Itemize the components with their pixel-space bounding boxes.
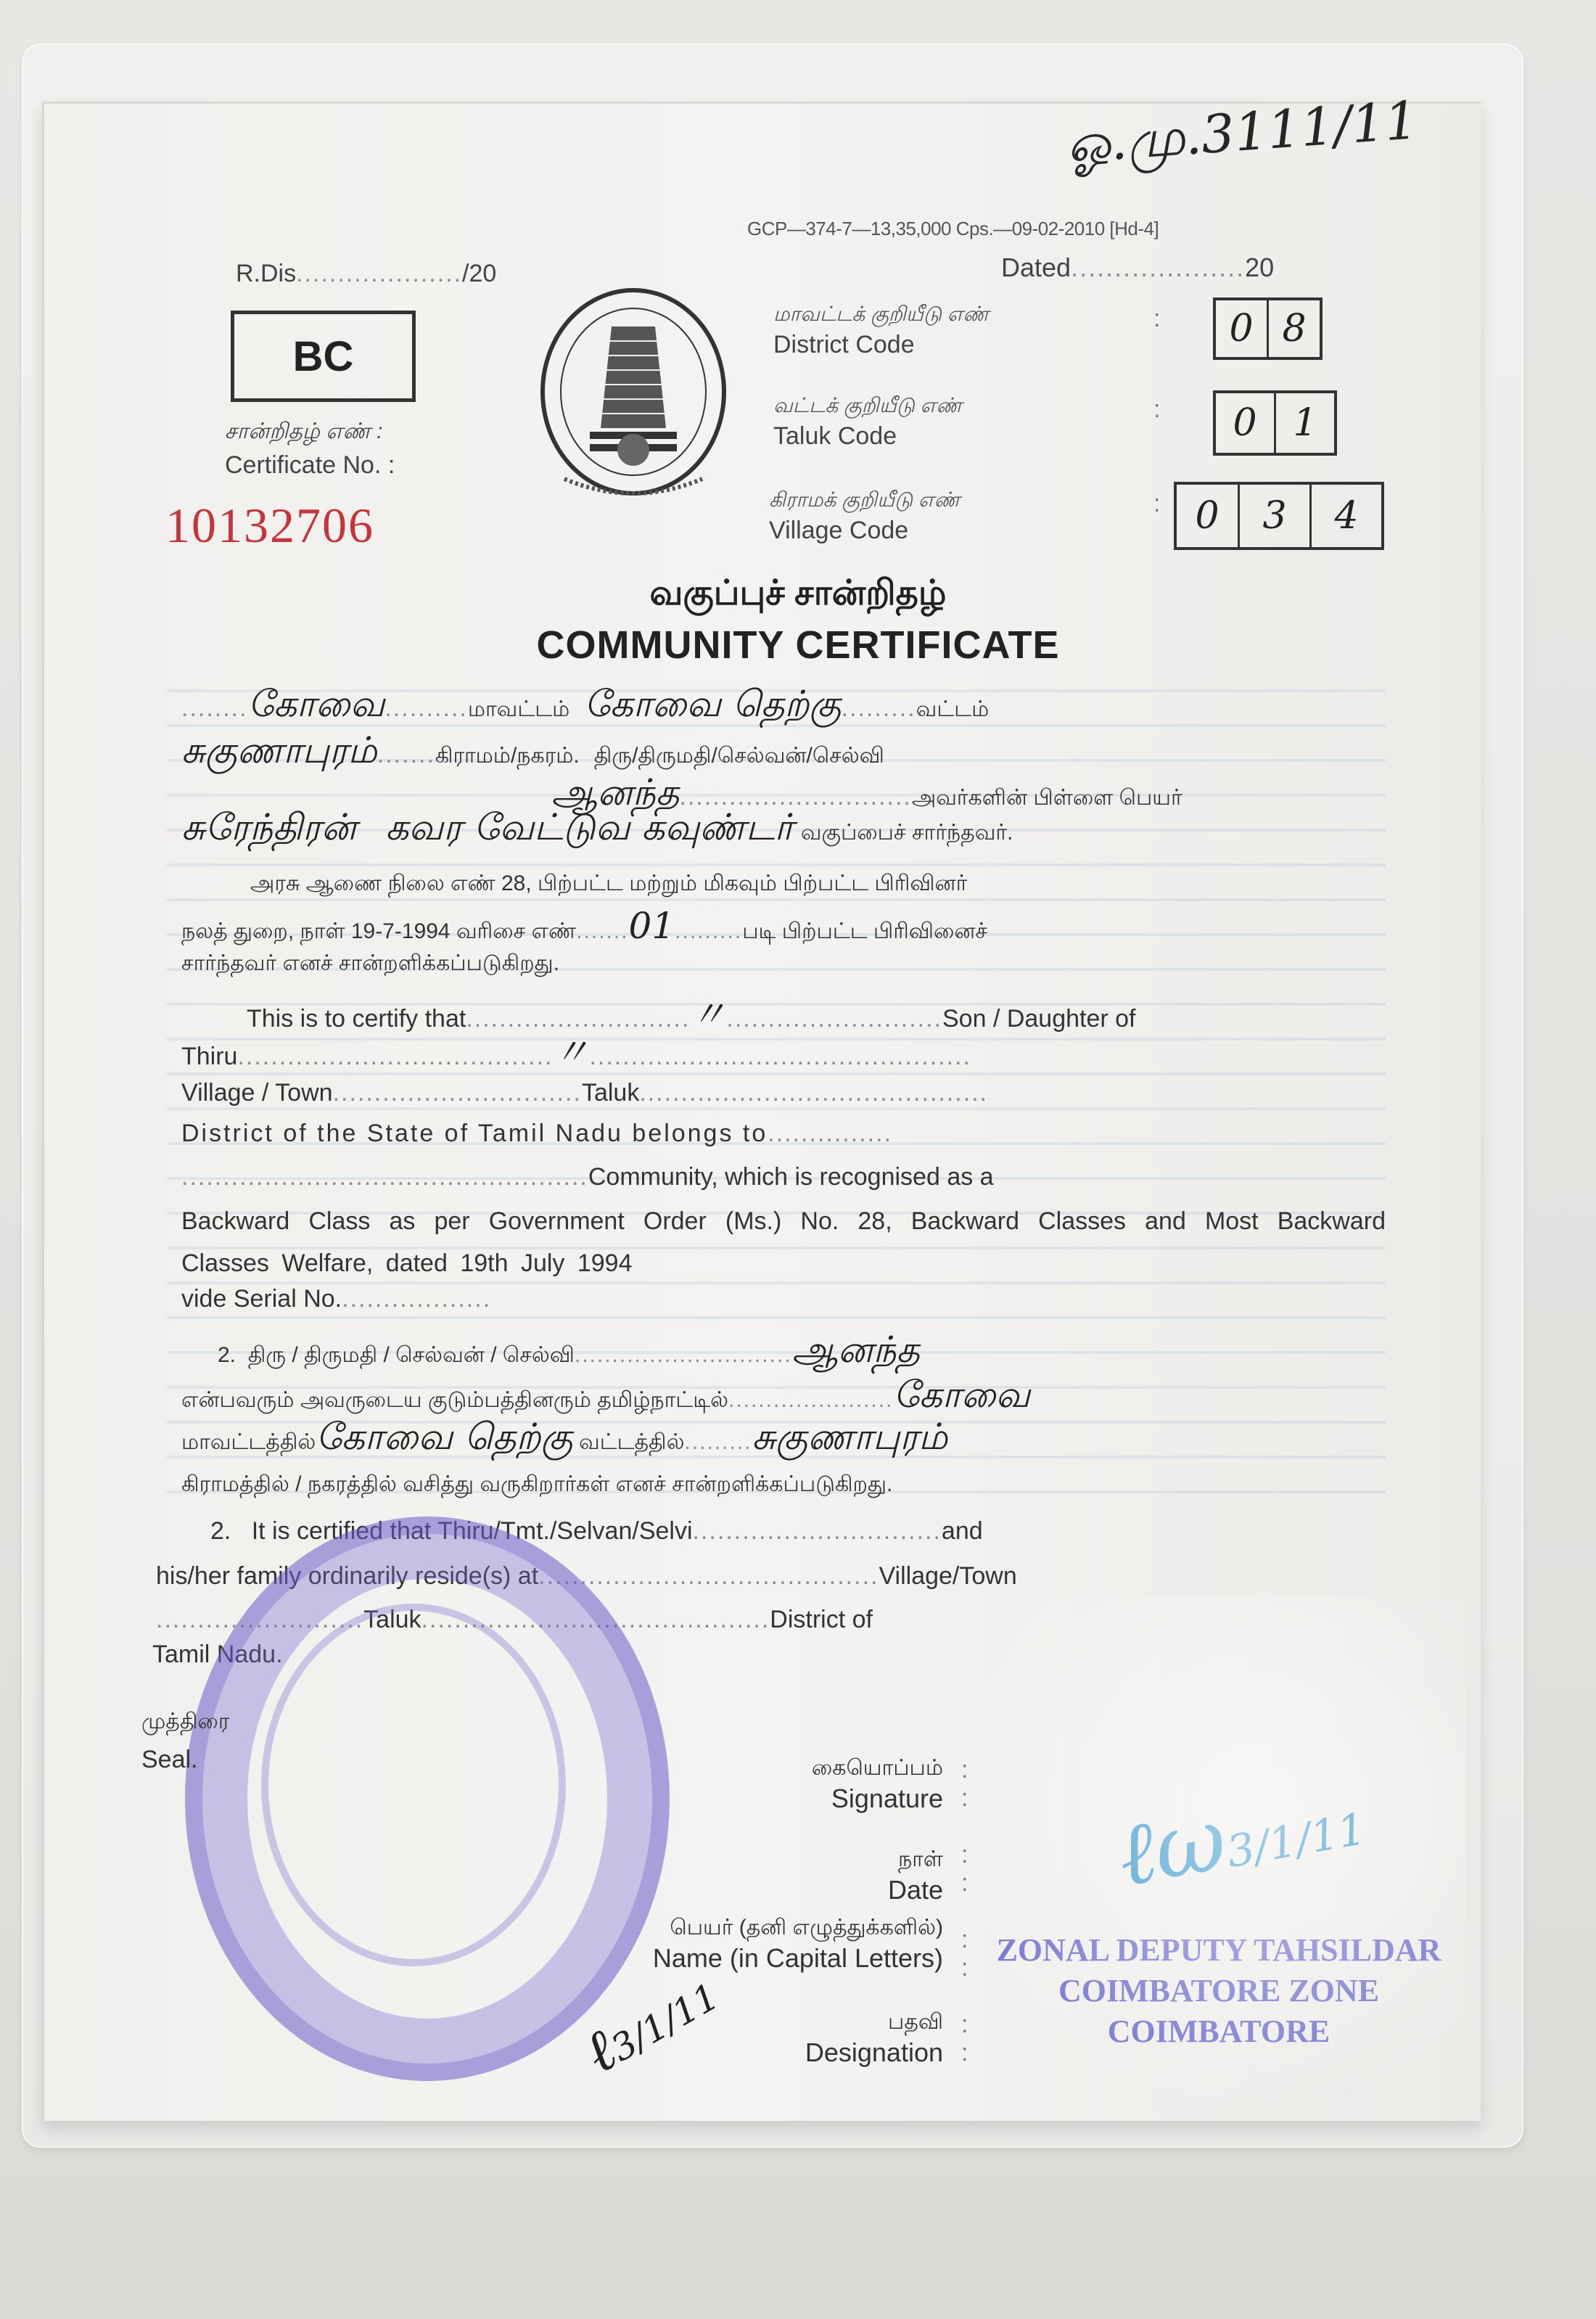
rdis-dots: .................... — [296, 260, 462, 287]
residence-ta-line-4: கிராமத்தில் / நகரத்தில் வசித்து வருகிறார… — [181, 1469, 1386, 1501]
page-title: COMMUNITY CERTIFICATE — [0, 623, 1596, 668]
taluk-code-digit: 0 — [1216, 393, 1276, 453]
date-label: நாள் Date — [653, 1847, 943, 1905]
rdis-label: R.Dis — [236, 260, 296, 287]
tamil-line-district: ........கோவை..........மாவட்டம்கோவை தெற்க… — [181, 688, 1386, 726]
village-code-digit: 4 — [1312, 485, 1381, 547]
tamil-go-line-1: அரசு ஆணை நிலை எண் 28, பிற்பட்ட மற்றும் ம… — [250, 868, 1455, 900]
community-line: ........................................… — [181, 1161, 1386, 1193]
district-code-digit: 8 — [1269, 300, 1320, 357]
print-code: GCP—374-7—13,35,000 Cps.—09-02-2010 [Hd-… — [747, 218, 1159, 240]
rdis-field: R.Dis..................../20 — [236, 260, 496, 288]
taluk-code-box: 0 1 — [1213, 390, 1337, 456]
dated-year: 20 — [1245, 253, 1274, 282]
tamil-line-village: சுகுணாபுரம்.......கிராமம்/நகரம்.திரு/திர… — [181, 734, 1386, 772]
tamil-go-line-3: சார்ந்தவர் எனச் சான்றளிக்கப்படுகிறது. — [181, 948, 1386, 980]
thiru-line: Thiru...................................… — [181, 1036, 1386, 1072]
village-taluk-line: Village / Town..........................… — [181, 1077, 1386, 1109]
residence-ta-line-1: 2. திரு / திருமதி / செல்வன் / செல்வி....… — [218, 1334, 1422, 1371]
signature-label: கையொப்பம் Signature — [653, 1756, 943, 1814]
belongs-to-line: District of the State of Tamil Nadu belo… — [181, 1117, 1386, 1149]
dated-label: Dated — [1001, 253, 1071, 282]
category-badge: BC — [231, 311, 416, 402]
title-tamil: வகுப்புச் சான்றிதழ் — [0, 573, 1596, 617]
taluk-code-digit: 1 — [1276, 393, 1334, 453]
residence-ta-line-2: என்பவரும் அவருடைய குடும்பத்தினரும் தமிழ்… — [181, 1379, 1386, 1416]
residence-ta-line-3: மாவட்டத்தில்கோவை தெற்கு வட்டத்தில்......… — [181, 1421, 1386, 1458]
village-code-label: கிராமக் குறியீடு எண் Village Code — [769, 485, 960, 546]
village-code-box: 0 3 4 — [1174, 482, 1384, 550]
tamil-line-community: சுரேந்திரன்கவர வேட்டுவ கவுண்டர்வகுப்பைச்… — [181, 811, 1386, 849]
seal-label-tamil: முத்திரை — [141, 1710, 229, 1737]
certify-line: This is to certify that.................… — [247, 998, 1451, 1035]
rdis-year: /20 — [462, 260, 496, 287]
office-seal-inner-ring — [261, 1604, 566, 1966]
district-code-box: 0 8 — [1213, 297, 1323, 360]
seal-label: Seal. — [141, 1746, 198, 1774]
district-code-label: மாவட்டக் குறியீடு எண் District Code — [773, 299, 989, 360]
certificate-no-label-tamil: சான்றிதழ் எண் : — [225, 419, 382, 447]
certificate-number: 10132706 — [165, 497, 374, 554]
dated-field: Dated....................20 — [1001, 253, 1274, 283]
tamil-go-line-2: நலத் துறை, நாள் 19-7-1994 வரிசை எண்.....… — [181, 910, 1386, 948]
go-text: Backward Class as per Government Order (… — [181, 1200, 1386, 1284]
designation-stamp: ZONAL DEPUTY TAHSILDAR COIMBATORE ZONE C… — [929, 1930, 1509, 2052]
village-code-digit: 3 — [1240, 485, 1312, 547]
serial-line: vide Serial No................... — [181, 1283, 1386, 1315]
village-code-digit: 0 — [1177, 485, 1240, 547]
state-emblem-icon — [535, 283, 731, 515]
taluk-code-label: வட்டக் குறியீடு எண் Taluk Code — [773, 390, 962, 451]
district-code-digit: 0 — [1216, 300, 1269, 357]
dated-dots: .................... — [1071, 253, 1245, 282]
certificate-no-label: Certificate No. : — [225, 451, 395, 480]
